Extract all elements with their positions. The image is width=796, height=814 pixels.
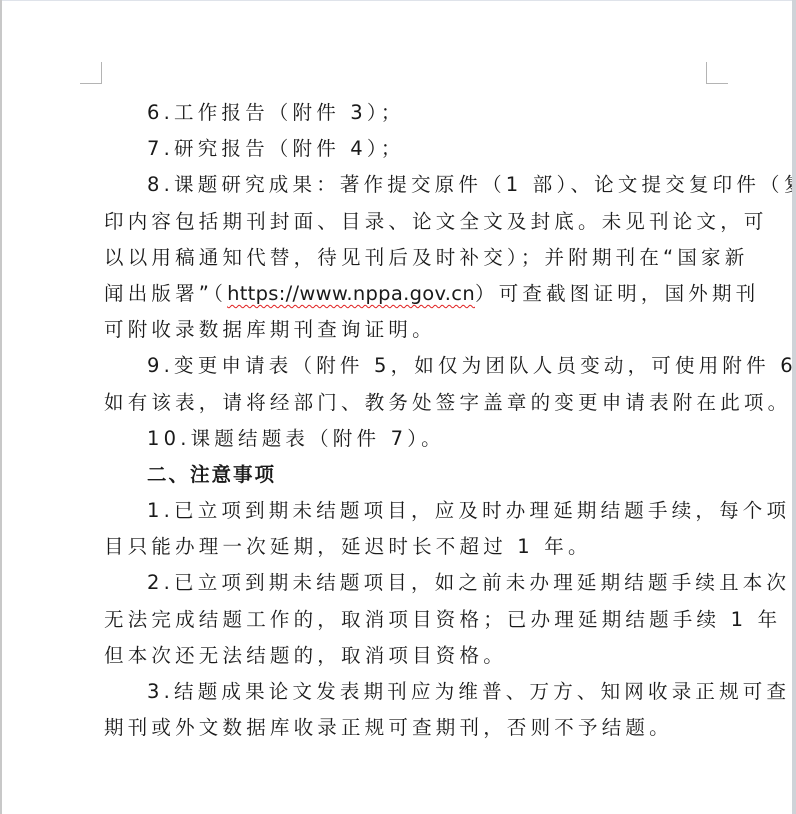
- paragraph-item-8-line-3: 以以用稿通知代替，待见刊后及时补交）；并附期刊在“国家新: [104, 240, 708, 276]
- note-2-line-2: 无法完成结题工作的，取消项目资格；已办理延期结题手续 1 年: [104, 602, 708, 638]
- note-2-line-1: 2.已立项到期未结题项目，如之前未办理延期结题手续且本次: [104, 565, 708, 601]
- paragraph-item-8-line-5: 可附收录数据库期刊查询证明。: [104, 312, 708, 348]
- paragraph-item-9-line-2: 如有该表，请将经部门、教务处签字盖章的变更申请表附在此项。: [104, 385, 708, 421]
- paragraph-item-8-line-4: 闻出版署”（https://www.nppa.gov.cn）可查截图证明，国外期…: [104, 276, 708, 312]
- note-1-line-1: 1.已立项到期未结题项目，应及时办理延期结题手续，每个项: [104, 493, 708, 529]
- vertical-scrollbar-track[interactable]: [792, 0, 796, 814]
- text-after-url: ）可查截图证明，国外期刊: [475, 282, 759, 305]
- paragraph-item-8-line-2: 印内容包括期刊封面、目录、论文全文及封底。未见刊论文，可: [104, 204, 708, 240]
- document-page[interactable]: 6.工作报告（附件 3）； 7.研究报告（附件 4）； 8.课题研究成果：著作提…: [2, 1, 792, 814]
- paragraph-item-10: 10.课题结题表（附件 7）。: [104, 421, 708, 457]
- note-2-line-3: 但本次还无法结题的，取消项目资格。: [104, 638, 708, 674]
- note-1-line-2: 目只能办理一次延期，延迟时长不超过 1 年。: [104, 529, 708, 565]
- paragraph-item-9-line-1: 9.变更申请表（附件 5，如仅为团队人员变动，可使用附件 6）。: [104, 348, 708, 384]
- margin-corner-mark-top-left: [80, 62, 102, 84]
- paragraph-item-6: 6.工作报告（附件 3）；: [104, 95, 708, 131]
- paragraph-item-8-line-1: 8.课题研究成果：著作提交原件（1 部）、论文提交复印件（复: [104, 167, 708, 203]
- section-heading-notes: 二、注意事项: [104, 457, 708, 493]
- document-body[interactable]: 6.工作报告（附件 3）； 7.研究报告（附件 4）； 8.课题研究成果：著作提…: [104, 95, 708, 746]
- note-3-line-2: 期刊或外文数据库收录正规可查期刊，否则不予结题。: [104, 710, 708, 746]
- nppa-url-link[interactable]: https://www.nppa.gov.cn: [227, 282, 475, 305]
- margin-corner-mark-top-right: [706, 62, 728, 84]
- paragraph-item-7: 7.研究报告（附件 4）；: [104, 131, 708, 167]
- text-before-url: 闻出版署”（: [104, 282, 227, 305]
- note-3-line-1: 3.结题成果论文发表期刊应为维普、万方、知网收录正规可查: [104, 674, 708, 710]
